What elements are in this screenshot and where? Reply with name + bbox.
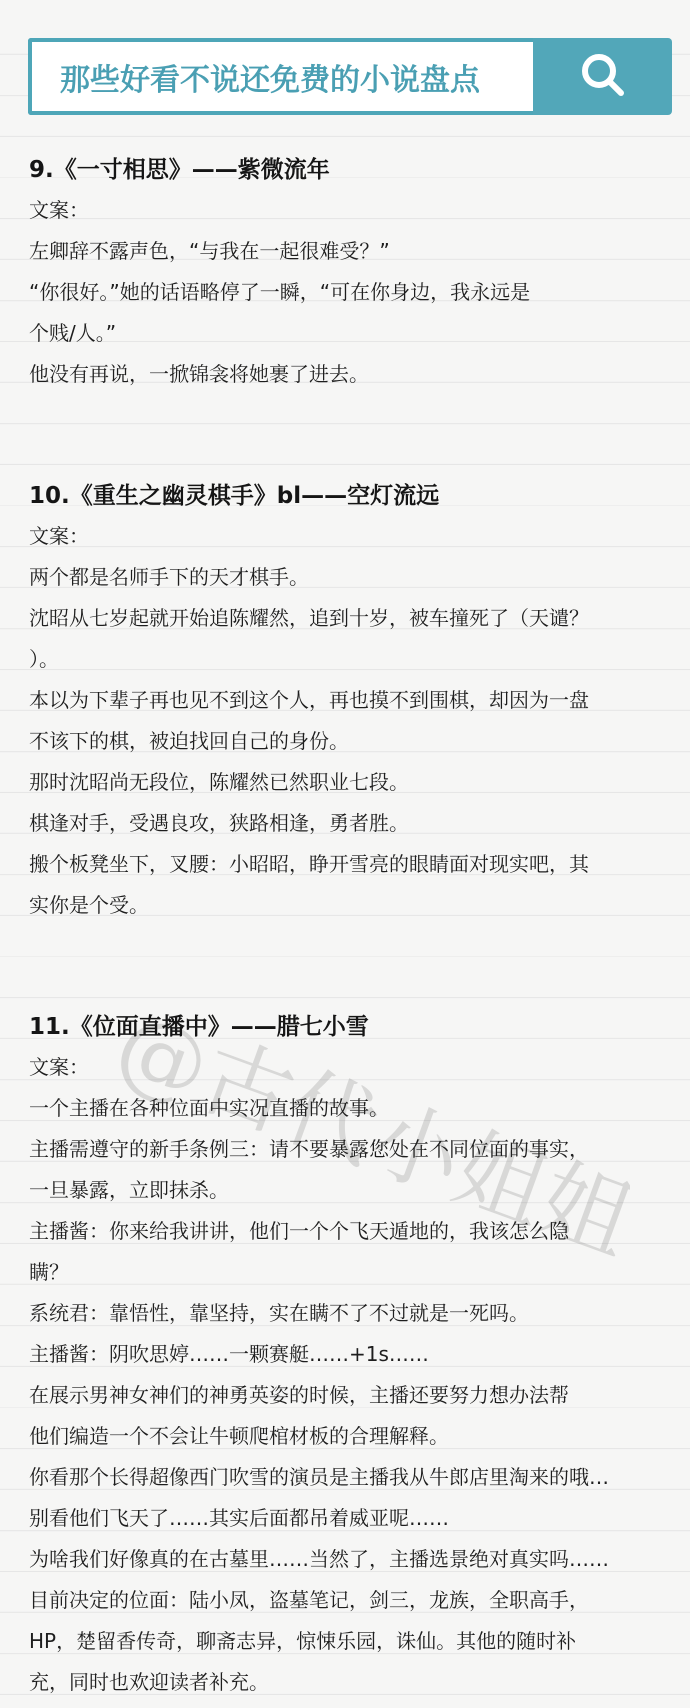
novel-entry-11: 11.《位面直播中》——腊七小雪 文案： 一个主播在各种位面中实况直播的故事。 … [29,1007,679,1703]
synopsis-line: 为啥我们好像真的在古墓里……当然了，主播选景绝对真实吗…… [29,1539,679,1580]
search-button [533,38,672,115]
synopsis-line: 在展示男神女神们的神勇英姿的时候，主播还要努力想办法帮 [29,1375,679,1416]
synopsis-line: 你看那个长得超像西门吹雪的演员是主播我从牛郎店里淘来的哦… [29,1457,679,1498]
novel-title: 9.《一寸相思》——紫微流年 [29,150,679,190]
synopsis-line: 两个都是名师手下的天才棋手。 [29,557,679,598]
synopsis-line: 他们编造一个不会让牛顿爬棺材板的合理解释。 [29,1416,679,1457]
synopsis-line: 本以为下辈子再也见不到这个人，再也摸不到围棋，却因为一盘 [29,680,679,721]
synopsis-line: 棋逢对手，受遇良攻，狭路相逢，勇者胜。 [29,803,679,844]
novel-title: 10.《重生之幽灵棋手》bl——空灯流远 [29,476,679,516]
novel-entry-10: 10.《重生之幽灵棋手》bl——空灯流远 文案： 两个都是名师手下的天才棋手。 … [29,476,679,926]
novel-entry-9: 9.《一寸相思》——紫微流年 文案： 左卿辞不露声色，“与我在一起很难受？” “… [29,150,679,395]
synopsis-line: 个贱/人。” [29,313,679,354]
synopsis-line: 一旦暴露，立即抹杀。 [29,1170,679,1211]
synopsis-line: 主播酱：阴吹思婷……一颗赛艇……+1s…… [29,1334,679,1375]
title-search-banner: 那些好看不说还免费的小说盘点 [28,38,672,115]
synopsis-line: 不该下的棋，被迫找回自己的身份。 [29,721,679,762]
synopsis-line: 沈昭从七岁起就开始追陈耀然，追到十岁，被车撞死了（天谴？ [29,598,679,639]
synopsis-line: 系统君：靠悟性，靠坚持，实在瞒不了不过就是一死吗。 [29,1293,679,1334]
search-icon [577,49,629,105]
synopsis-line: 瞒？ [29,1252,679,1293]
synopsis-line: 实你是个受。 [29,885,679,926]
synopsis-line: 主播需遵守的新手条例三：请不要暴露您处在不同位面的事实， [29,1129,679,1170]
synopsis-label: 文案： [29,190,679,231]
synopsis-line: 一个主播在各种位面中实况直播的故事。 [29,1088,679,1129]
synopsis-line: 主播酱：你来给我讲讲，他们一个个飞天遁地的，我该怎么隐 [29,1211,679,1252]
section-spacer [29,926,679,1007]
section-spacer [29,395,679,476]
synopsis-line: 搬个板凳坐下，叉腰：小昭昭，睁开雪亮的眼睛面对现实吧，其 [29,844,679,885]
synopsis-line: 充，同时也欢迎读者补充。 [29,1662,679,1703]
novel-title: 11.《位面直播中》——腊七小雪 [29,1007,679,1047]
article-content: 9.《一寸相思》——紫微流年 文案： 左卿辞不露声色，“与我在一起很难受？” “… [29,150,679,1703]
synopsis-line: 他没有再说，一掀锦衾将她裹了进去。 [29,354,679,395]
synopsis-line: 别看他们飞天了……其实后面都吊着威亚呢…… [29,1498,679,1539]
synopsis-line: 那时沈昭尚无段位，陈耀然已然职业七段。 [29,762,679,803]
search-field: 那些好看不说还免费的小说盘点 [28,38,533,115]
synopsis-line: HP，楚留香传奇，聊斋志异，惊悚乐园，诛仙。其他的随时补 [29,1621,679,1662]
synopsis-line: ）。 [29,639,679,680]
synopsis-label: 文案： [29,516,679,557]
synopsis-line: “你很好。”她的话语略停了一瞬，“可在你身边，我永远是 [29,272,679,313]
synopsis-line: 目前决定的位面：陆小凤，盗墓笔记，剑三，龙族，全职高手， [29,1580,679,1621]
banner-title: 那些好看不说还免费的小说盘点 [60,55,480,99]
synopsis-line: 左卿辞不露声色，“与我在一起很难受？” [29,231,679,272]
synopsis-label: 文案： [29,1047,679,1088]
